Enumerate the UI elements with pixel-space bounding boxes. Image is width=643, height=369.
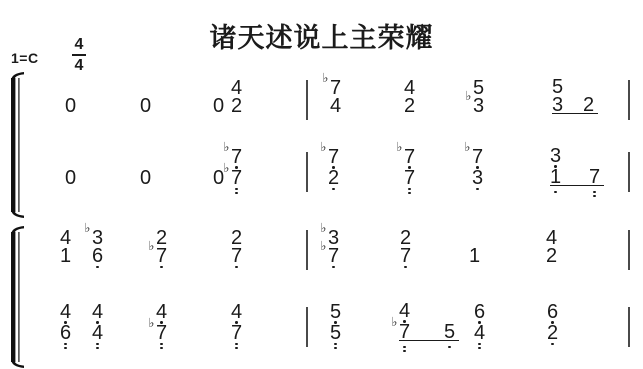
rest-note: 0 [213, 170, 224, 186]
octave-dot [64, 343, 67, 346]
chord-stack: 3♭7♭ [328, 230, 339, 264]
chord-stack: 53♭ [473, 80, 484, 114]
note-digit: 4 [156, 304, 167, 320]
chord-stack: 47♭ [156, 304, 167, 342]
octave-dot [235, 192, 238, 195]
barline [628, 307, 630, 347]
note-digit: 1 [60, 248, 71, 264]
note-digit: 7♭ [231, 149, 242, 165]
jianpu-score-sheet: 诸天述说上主荣耀 1=C 4 4 000427♭44253♭5320007♭7♭… [0, 0, 643, 369]
flat-icon: ♭ [321, 241, 327, 251]
note-digit: 7♭ [472, 149, 483, 165]
flat-icon: ♭ [149, 241, 155, 251]
note-digit: 7♭ [156, 325, 167, 341]
chord-stack: 41 [60, 230, 71, 264]
barline [306, 152, 308, 192]
octave-dot [332, 188, 335, 191]
octave-dot [478, 343, 481, 346]
note-digit: 7 [400, 248, 411, 264]
flat-icon: ♭ [323, 73, 329, 83]
chord-stack: 0 [65, 170, 76, 186]
note-digit: 1 [550, 169, 561, 185]
chord-stack: 47♭5 [399, 303, 459, 342]
octave-dot [448, 346, 451, 349]
rest-note: 0 [213, 98, 224, 114]
beamed-eighth-pair: 7♭5 [399, 324, 459, 341]
note-digit: 5 [552, 79, 563, 95]
octave-dot [160, 343, 163, 346]
flat-icon: ♭ [465, 142, 471, 152]
flat-icon: ♭ [466, 91, 472, 101]
note-digit: 7♭ [328, 248, 339, 264]
chord-stack: 7♭3 [472, 149, 483, 187]
note-digit: 3♭ [92, 230, 103, 246]
time-signature-numerator: 4 [69, 36, 89, 53]
score-title: 诸天述说上主荣耀 [0, 16, 643, 55]
note-digit: 7♭ [231, 170, 242, 186]
note-digit: 2 [400, 230, 411, 246]
beamed-eighth-pair: 32 [552, 97, 598, 114]
note-digit: 3 [550, 148, 561, 164]
chord-stack: 0 [213, 170, 224, 186]
chord-stack: 64 [474, 304, 485, 342]
octave-dot [235, 343, 238, 346]
note-digit: 6 [547, 304, 558, 320]
note-digit: 2 [156, 230, 167, 246]
beamed-eighth-pair: 17 [550, 169, 604, 186]
octave-dot [403, 346, 406, 349]
flat-icon: ♭ [321, 142, 327, 152]
note-digit: 4 [92, 325, 103, 341]
barline [628, 80, 630, 120]
note-digit: 4 [546, 230, 557, 246]
time-signature: 4 4 [69, 36, 89, 74]
note-digit: 4 [231, 80, 242, 96]
chord-stack: 317 [550, 148, 604, 187]
chord-stack: 0 [140, 170, 151, 186]
octave-dot [160, 347, 163, 350]
chord-stack: 55 [330, 304, 341, 342]
chord-stack: 27 [231, 230, 242, 264]
chord-stack: 7♭7 [404, 149, 415, 187]
note-digit: 2 [231, 98, 242, 114]
flat-icon: ♭ [224, 142, 230, 152]
note-digit: 7♭ [399, 324, 410, 340]
rest-note: 0 [140, 98, 151, 114]
note-digit: 7♭ [404, 149, 415, 165]
note-digit: 4 [474, 325, 485, 341]
flat-icon: ♭ [397, 142, 403, 152]
chord-stack: 62 [547, 304, 558, 342]
time-signature-fraction-line [72, 54, 86, 56]
chord-stack: 7♭2 [328, 149, 339, 187]
chord-stack: 532 [552, 79, 598, 114]
octave-dot [408, 192, 411, 195]
note-digit: 5 [473, 80, 484, 96]
note-digit: 6 [60, 325, 71, 341]
barline [628, 152, 630, 192]
octave-dot [235, 188, 238, 191]
octave-dot [554, 191, 557, 194]
note-digit: 5 [330, 304, 341, 320]
octave-dot [593, 195, 596, 198]
note-digit: 6 [92, 248, 103, 264]
flat-icon: ♭ [85, 223, 91, 233]
chord-stack: 27♭ [156, 230, 167, 264]
octave-dot [334, 343, 337, 346]
octave-dot [408, 188, 411, 191]
note-digit: 5 [330, 325, 341, 341]
key-signature: 1=C [11, 50, 39, 66]
note-digit: 4 [60, 304, 71, 320]
note-digit: 6 [474, 304, 485, 320]
flat-icon: ♭ [224, 163, 230, 173]
system-bracket [4, 226, 30, 368]
time-signature-denominator: 4 [69, 57, 89, 74]
note-digit: 7♭ [330, 80, 341, 96]
octave-dot [478, 347, 481, 350]
system-bracket [4, 72, 30, 218]
note-digit: 2 [231, 230, 242, 246]
chord-stack: 0 [65, 98, 76, 114]
flat-icon: ♭ [321, 223, 327, 233]
chord-stack: 42 [231, 80, 242, 114]
note-digit: 2 [404, 98, 415, 114]
octave-dot [334, 347, 337, 350]
note-digit: 2 [546, 248, 557, 264]
note-digit: 4 [404, 80, 415, 96]
chord-stack: 0 [213, 98, 224, 114]
octave-dot [96, 343, 99, 346]
chord-stack: 47 [231, 304, 242, 342]
note-digit: 4 [60, 230, 71, 246]
octave-dot [551, 343, 554, 346]
note-digit: 2 [583, 97, 594, 113]
rest-note: 0 [140, 170, 151, 186]
note-digit: 7 [589, 169, 600, 185]
octave-dot [332, 266, 335, 269]
note-digit: 3 [472, 170, 483, 186]
note-digit: 7 [404, 170, 415, 186]
octave-dot [96, 266, 99, 269]
chord-stack: 46 [60, 304, 71, 342]
note-digit: 4 [330, 98, 341, 114]
note-digit: 2 [547, 325, 558, 341]
barline [628, 230, 630, 270]
note-digit: 7 [231, 248, 242, 264]
note-digit: 5 [444, 324, 455, 340]
note-digit: 4 [92, 304, 103, 320]
note-digit: 7♭ [328, 149, 339, 165]
barline [306, 307, 308, 347]
octave-dot [235, 347, 238, 350]
octave-dot [403, 350, 406, 353]
chord-stack: 42 [404, 80, 415, 114]
note-digit: 3♭ [473, 98, 484, 114]
octave-dot [235, 266, 238, 269]
note-digit: 3 [552, 97, 563, 113]
flat-icon: ♭ [392, 317, 398, 327]
chord-stack: 27 [400, 230, 411, 264]
note-digit: 4 [399, 303, 410, 319]
note-digit: 7♭ [156, 248, 167, 264]
barline [306, 230, 308, 270]
barline [306, 80, 308, 120]
rest-note: 0 [65, 98, 76, 114]
chord-stack: 7♭4 [330, 80, 341, 114]
rest-note: 0 [65, 170, 76, 186]
chord-stack: 1 [469, 248, 480, 264]
note-digit: 2 [328, 170, 339, 186]
octave-dot [96, 347, 99, 350]
flat-icon: ♭ [149, 318, 155, 328]
chord-stack: 0 [140, 98, 151, 114]
octave-dot [593, 191, 596, 194]
note-digit: 7 [231, 325, 242, 341]
octave-dot [64, 347, 67, 350]
note-digit: 1 [469, 248, 480, 264]
chord-stack: 3♭6 [92, 230, 103, 264]
octave-dot [476, 188, 479, 191]
chord-stack: 42 [546, 230, 557, 264]
chord-stack: 44 [92, 304, 103, 342]
note-digit: 3♭ [328, 230, 339, 246]
octave-dot [160, 266, 163, 269]
note-digit: 4 [231, 304, 242, 320]
chord-stack: 7♭7♭ [231, 149, 242, 187]
octave-dot [404, 266, 407, 269]
